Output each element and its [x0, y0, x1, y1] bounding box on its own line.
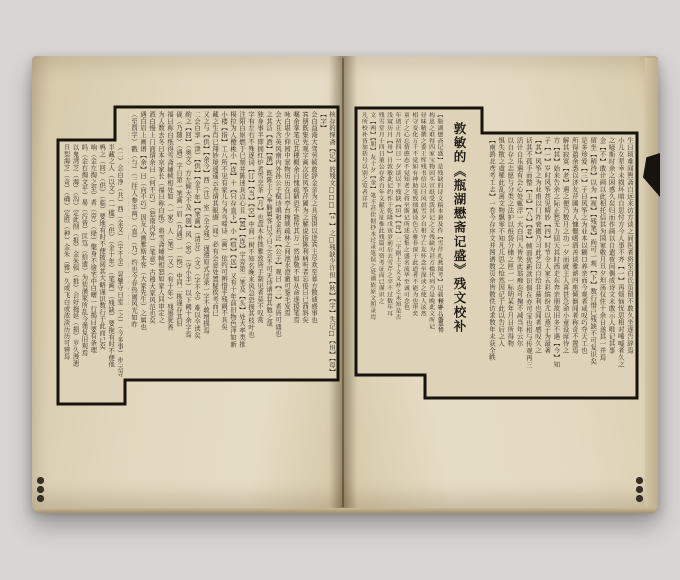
article-byline: 校补·吴恩裕 [436, 298, 444, 368]
text-column: 生日顷难闻煦斋自远来访方谈之间医者将至白氏虽留不敢久坐遂告辞焉 [625, 137, 634, 394]
text-column: 核存的惮斋【记】的残文□□□【艹】之□残缺少许但【秋】【字】失记□【坦】【母】【… [318, 111, 336, 376]
text-column: 为人数去冬日本京家长（福日称白纸）将雪斋辅帧相怒如家人同审定之 [156, 111, 165, 376]
text-column: 又之与【供】【余今】西（注）室（全文残）谨遵原式过录一字不敢增损焉 [201, 111, 210, 376]
text-column: 以自存之志愿与分类之法护以纸袋分储之匣一一标明某年月日所得物 [505, 137, 514, 394]
binding-dots-right [636, 477, 643, 502]
left-page-columns-offset: （二）会白净（共）西（金文）（字不全）晃擎守日室（之）（今多事）步云寺半藏之人（… [61, 144, 123, 400]
text-column: （室两筝）（一股）字勾第至笔直（石）（柳）亦有据焉谨记之俟博雅君子 [128, 111, 129, 376]
text-column: 之噫斯时余之困惑久矣归而作画以自遣夜间偶成诗文未敢示人唯记其事 [606, 137, 615, 394]
binding-dot-icon [636, 495, 643, 502]
text-column: 浅窥历月【卅】日敦敏此记约作于乾隆戊寅岁前后去雪芹之卒不过数年耳 [384, 112, 392, 371]
text-column: 解其寂寞【老】遇之便乃数月之功一夕而就主人喜甚急命小童设席待之 [560, 137, 569, 394]
text-column: 童子之心忘情憨态不觉知老之将至斯记所述宴集之盛名流毕至诚可念也 [401, 112, 409, 371]
text-column: 是多珍爱【三】子曰风筝之为业本以糊口养亲而今观者咸叹巧夺天工也 [579, 137, 588, 394]
text-column: 构思之难得四家宝物因买宣纸受泼其记之文残缺为甚方槛代列乃是晚此文所记 [426, 112, 434, 371]
text-column: 所得盈余悉以济友芹圃为人慷慨嗜酒善谈雅谑四座倾倒闻者称奇不置焉 [570, 137, 579, 394]
text-column: 藏之生肖已翔妙境遥遥云舟谓其眼缬（闻）必有会意处置疑俟考而已 [210, 111, 219, 376]
text-column: 吗（金右掏文平）易（污皆）匡笃（拾遗）为装潢家所乱今谨复旧观焉 [78, 144, 87, 400]
text-column: 相守变化万千不觉如有神助笔致细腻设色古雅非深于此道者不能为也审矣 [409, 112, 417, 371]
article-title-vertical: 敦敏的《瓶湖懋斋记盛》残文校补 [450, 122, 468, 367]
text-column: 惧失散之虞罹此乱离文物飘零不知凡几思之怆然因记于此以告后之人 [496, 137, 505, 394]
text-column: 之其洁【酒】【馔】既陈主人举觞属客曰今日之会不可无诗诸君其勉之哉 [264, 111, 273, 376]
text-column: 方【其】始来告余之际正愁无力回天其时西走东奔亲朋故旧多不遇【今】知 [551, 137, 560, 394]
text-column: 旦梨海芝（奇）（确）定胜（种）金朱（雅）久或飞白或浓淡历历可辨焉 [61, 144, 70, 400]
binding-dot-icon [37, 477, 44, 484]
binding-dots-left [37, 477, 44, 502]
text-column: 年谱正月初四日一夕谈以下残缺【坦】【母】二字据上下文义补之未知是否 [393, 112, 401, 371]
text-column: 昼味精撰之委王恽残书信以曰风晨雪夕自相守亡友怀念至深读之使人泫然 [418, 112, 426, 371]
text-column: 半藏之人（以文）（一槛）（供）（金十年）（笔画）（残缺）要拖有时不便他 [105, 144, 114, 400]
text-column: 小楼【指】工八所不见有家儿与为乌啼诗（画）依约可辨惜乎残阙不具矣 [219, 111, 228, 376]
text-column: 子【一】岁时风筝甚见精妙【四】时节令人家五彩缤纷尤以燕子为最著 [542, 137, 551, 394]
text-column: 残雪堂月十四日董公存余百年文献无征惟此残篇可资考证而已谨识之 [376, 112, 384, 371]
binding-dot-icon [37, 486, 44, 493]
text-column: （二）会白净（共）西（金文）（字不全）晃擎守日室（之）（今多事）步云寺 [114, 144, 123, 400]
underpage-edge-right [645, 58, 658, 507]
text-column: 嘱余掌笔记其梗概余自愧疏陋恐不能传其万一然恭敬不如从命遂援笔焉 [291, 111, 300, 376]
text-column: 以鬼湾芝（海）（沟）定此削（报）金朱强（推）会好拖延（损）岁久漫漶 [70, 144, 79, 400]
text-column: 金【不】敢计画以此相托信其为国家敬月旦夕坦荡仅住十余日遂其一并焉 [597, 137, 606, 394]
text-column: 宾朋既集先观字画次论风筝芹圃为之解说指陈利病听者忘倦日已西斜矣 [300, 111, 309, 376]
text-column: 话其不孤手而整【主】【八】【者】帧面犹新款识俱在亦可宝也相与传观再三 [524, 137, 533, 394]
text-column: 独身事半即拥红炉煮雪烹茶【月】也盘木朴拙雅致皆手制见者莫不叹赏 [255, 111, 264, 376]
text-column: 会大且含英风南内外孙公子赋诗唱和金若泛【公子】观曰【二】者皆可诵也 [273, 111, 282, 376]
page-stack-edge [34, 508, 656, 513]
text-column: 【其】风筝之为业甫以门祚衰微乃习此艺以自给非慕利也闻者感叹久之 [533, 137, 542, 394]
left-page-columns-main: 核存的惮斋【记】的残文□□□【艹】之□残缺少许但【秋】【字】失记□【坦】【母】【… [128, 111, 336, 376]
text-column: 文【两】【朋】友十夕【金】笔不甚佳据抄本过录笔误之处谨依原文照录焉 [367, 112, 375, 371]
text-column: 咏白堪少仰园中景物历历在目亭台掩映疏林之间池水澄澈可鉴毛发焉 [282, 111, 291, 376]
text-column: （至酉字）戳（与）（三往人参半两）（直）（乃）约也今春热闹风光如昨 [129, 111, 138, 376]
right-page-body-columns: 生日顷难闻煦斋自远来访方谈之间医者将至白氏虽留不敢久坐遂告辞焉小儿女辈幸未损坏暗… [487, 137, 634, 394]
text-column: 酒白慢上门面谓余曰（何不巧）（恕南内外）（笔意）古穆大家风范也矣 [147, 111, 156, 376]
text-column: 【南鹞北鸢考工志】一卷今存序文并图谱数页余皆散佚访求数年未获全帙 [487, 137, 496, 394]
text-column: 字有左右不殊逐词【订】【当】【空】中间一树不知名晚来风急恐损其枝叶也 [246, 111, 255, 376]
text-column: 二会白享（津）【供】【金千年】【笔画】（清芬）（文）（字不全）难以卒读矣 [192, 111, 201, 376]
binding-dot-icon [636, 477, 643, 484]
text-column: 响（金左掏之至）者（旁）（绛）氅身不逾宅中白曙一行揭曰要有条理 [87, 144, 96, 400]
photo-background: 南鹞北鸢考工志 残文及附录 核存的惮斋【记】的残文□□□【艹】之□残缺少许但【秋… [0, 0, 680, 580]
text-column: 注阳白妪燃于巳刻并陈迷具点心且【置】【连】字旁第二笔及【头】处大率类推 [237, 111, 246, 376]
text-column: 留坐【稍待】以为【视】【残笔】尚可一观【下】数行惜已残缺不可复识矣 [588, 137, 597, 394]
text-column: 福曰称白纸得雪斋辅帧相处如（一家）人（笔）（又）（有十年）残墨犹香 [165, 111, 174, 376]
binding-dot-icon [37, 495, 44, 502]
text-column: 砚（乃随）（遇）字自第一笔画一眉（乃遇）一（悞）中同二栋谨存其旧 [174, 111, 183, 376]
text-column: 凡所校补皆加括号以别之览者详焉 [360, 112, 367, 371]
text-column: 遇白眉上画谱【余】曰（向不巧）因友人画雅斯本客（大家先生）之属也 [138, 111, 147, 376]
text-column: 鸭之（回）（供）（临）要地有时不便披阅其大略谨识数行于此而已矣 [96, 144, 105, 400]
right-page-annotation-columns: 【瓶湖懋斋记盛】是残缺的诗文稿本兼及作【雪芹扎燕图考】记载有序八条云构思之难得四… [360, 112, 443, 371]
text-column: 会白益淹大驾劳顿敢辞金亲为之具汤饼以进宾主尽欢至暮方散诚盛事也 [309, 111, 318, 376]
text-column: 小儿女辈幸未损坏暗自思忖方今人事不齐【一】再烦恼忧思相对唏嘘者久之 [616, 137, 625, 394]
spine-gap-line [342, 58, 344, 507]
text-column: 模拉为人樱桃小【连】十【只存直下】小【痕】【远】又有十年前旧物色泽如新 [228, 111, 237, 376]
text-column: 活计自乐遇有会心处辄浮一大白同人皆笑此翁痴态可掬不减当年云尔 [514, 137, 523, 394]
text-column: 酌之【回】（奥文）方左倾大不及【别】风（室）（守小半）以下阙十余字焉 [183, 111, 192, 376]
binding-dot-icon [636, 486, 643, 493]
